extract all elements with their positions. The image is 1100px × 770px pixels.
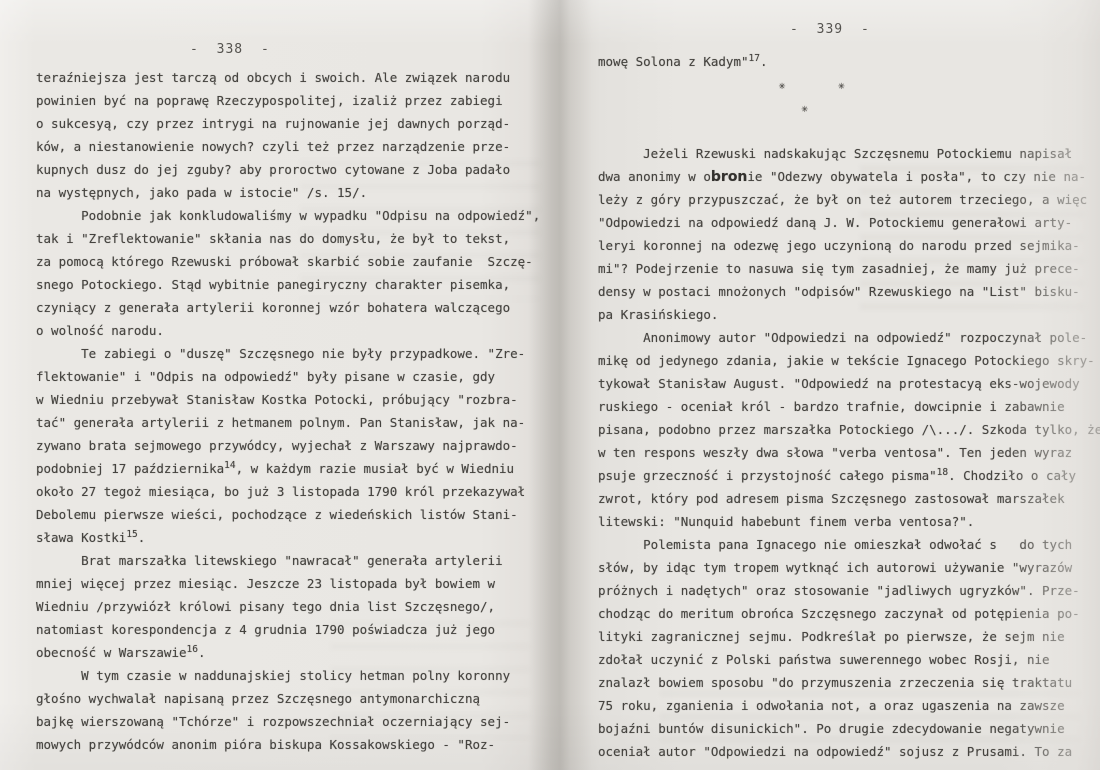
text-line: obecność w Warszawie16. [36, 641, 540, 664]
text-line: Jeżeli Rzewuski nadskakując Szczęsnemu P… [598, 142, 1100, 165]
text-line: snego Potockiego. Stąd wybitnie panegiry… [36, 273, 540, 296]
text-line: podobniej 17 października14, w każdym ra… [36, 457, 540, 480]
text-line: Te zabiegi o "duszę" Szczęsnego nie były… [36, 342, 540, 365]
text-line: bajkę wierszowaną "Tchórze" i rozpowszec… [36, 710, 540, 733]
text-line: około 27 tegoż miesiąca, bo już 3 listop… [36, 480, 540, 503]
section-separator-asterisk: ✳ [838, 79, 845, 92]
text-line: tak i "Zreflektowanie" skłania nas do do… [36, 227, 540, 250]
handwritten-correction: bron [711, 169, 748, 185]
text-line: znalazł bowiem sposobu "do przymuszenia … [598, 671, 1100, 694]
page-339: - 339 - mowę Solona z Kadym"17. ✳ ✳ ✳ Je… [548, 0, 1100, 770]
text-line: W tym czasie w naddunajskiej stolicy het… [36, 664, 540, 687]
text-line: o wolność narodu. [36, 319, 540, 342]
text-line: natomiast korespondencja z 4 grudnia 179… [36, 618, 540, 641]
text-line: w Wiedniu przebywał Stanisław Kostka Pot… [36, 388, 540, 411]
text-line: pisana, podobno przez marszałka Potockie… [598, 418, 1100, 441]
text-line: w ten respons weszły dwa słowa "verba ve… [598, 441, 1100, 464]
text-line: mowych przywódców anonim pióra biskupa K… [36, 733, 540, 756]
text-line: Polemista pana Ignacego nie omieszkał od… [598, 533, 1100, 556]
text-line: Debolemu pierwsze wieści, pochodzące z w… [36, 503, 540, 526]
text-line: flektowanie" i "Odpis na odpowiedź" były… [36, 365, 540, 388]
text-line: Podobnie jak konkludowaliśmy w wypadku "… [36, 204, 540, 227]
text-line: mi"? Podejrzenie to nasuwa się tym zasad… [598, 257, 1100, 280]
text-line: zywano brata sejmowego przywódcy, wyjech… [36, 434, 540, 457]
footnote-reference: 17 [749, 53, 760, 64]
text-line: chodząc do meritum obrońca Szczęsnego za… [598, 602, 1100, 625]
text-line: o sukcesyą, czy przez intrygi na rujnowa… [36, 112, 540, 135]
text-line: densy w postaci mnożonych "odpisów" Rzew… [598, 280, 1100, 303]
text-line: psuje grzeczność i przystojność całego p… [598, 464, 1100, 487]
text-line: mniej więcej przez miesiąc. Jeszcze 23 l… [36, 572, 540, 595]
book-scan: - 338 - teraźniejsza jest tarczą od obcy… [0, 0, 1100, 770]
footnote-reference: 14 [224, 460, 235, 471]
section-separator-asterisk: ✳ [801, 102, 808, 115]
text-line: pa Krasińskiego. [598, 303, 1100, 326]
text-line: słów, by idąc tym tropem wytknąć ich aut… [598, 556, 1100, 579]
text-line: "Odpowiedzi na odpowiedź daną J. W. Poto… [598, 211, 1100, 234]
text-line [598, 119, 1100, 142]
text-line: oceniał autor "Odpowiedzi na odpowiedź" … [598, 740, 1100, 763]
text-line: próżnych i nadętych" oraz stosowanie "ja… [598, 579, 1100, 602]
text-line: za pomocą którego Rzewuski próbował skar… [36, 250, 540, 273]
text-line: teraźniejsza jest tarczą od obcych i swo… [36, 66, 540, 89]
text-line: Wiedniu /przywiózł królowi pisany tego d… [36, 595, 540, 618]
text-line: litewski: "Nunquid habebunt finem verba … [598, 510, 1100, 533]
text-line: zdołał uczynić z Polski państwa suwerenn… [598, 648, 1100, 671]
footnote-reference: 16 [187, 644, 198, 655]
text-line: ków, a niestanowienie nowych? czyli też … [36, 135, 540, 158]
page-338-text: teraźniejsza jest tarczą od obcych i swo… [36, 66, 540, 756]
text-line: kupnych dusz do jej zguby? aby proroctwo… [36, 158, 540, 181]
text-line: lityki zagranicznej sejmu. Podkreślał po… [598, 625, 1100, 648]
text-line: na występnych, jako pada w istocie" /s. … [36, 181, 540, 204]
text-line: leży z góry przypuszczać, że był on też … [598, 188, 1100, 211]
page-number-left: - 338 - [190, 42, 270, 57]
text-line: ruskiego - oceniał król - bardzo trafnie… [598, 395, 1100, 418]
page-338: - 338 - teraźniejsza jest tarczą od obcy… [0, 0, 548, 770]
text-line: leryi koronnej na odezwę jego uczynioną … [598, 234, 1100, 257]
footnote-reference: 18 [937, 467, 948, 478]
page-number-right: - 339 - [790, 22, 870, 37]
text-line: tykował Stanisław August. "Odpowiedź na … [598, 372, 1100, 395]
text-line: mowę Solona z Kadym"17. [598, 50, 1100, 73]
page-339-text: mowę Solona z Kadym"17. ✳ ✳ ✳ Jeżeli Rze… [598, 50, 1100, 763]
text-line: czyniący z generała artylerii koronnej w… [36, 296, 540, 319]
text-line: powinien być na poprawę Rzeczypospolitej… [36, 89, 540, 112]
text-line: mikę od jedynego zdania, jakie w tekście… [598, 349, 1100, 372]
text-line: zwrot, który pod adresem pisma Szczęsneg… [598, 487, 1100, 510]
text-line: Brat marszałka litewskiego "nawracał" ge… [36, 549, 540, 572]
text-line: bojaźni buntów disunickich". Po drugie z… [598, 717, 1100, 740]
section-separator-asterisk: ✳ [779, 79, 786, 92]
text-line: sława Kostki15. [36, 526, 540, 549]
text-line: tać" generała artylerii z hetmanem polny… [36, 411, 540, 434]
text-line: dwa anonimy w obronie "Odezwy obywatela … [598, 165, 1100, 188]
text-line: ✳ [598, 96, 1100, 119]
text-line: Anonimowy autor "Odpowiedzi na odpowiedź… [598, 326, 1100, 349]
text-line: 75 roku, zganienia i odwołania not, a or… [598, 694, 1100, 717]
text-line: głośno wychwalał napisaną przez Szczęsne… [36, 687, 540, 710]
text-line: ✳ ✳ [598, 73, 1100, 96]
footnote-reference: 15 [126, 529, 137, 540]
